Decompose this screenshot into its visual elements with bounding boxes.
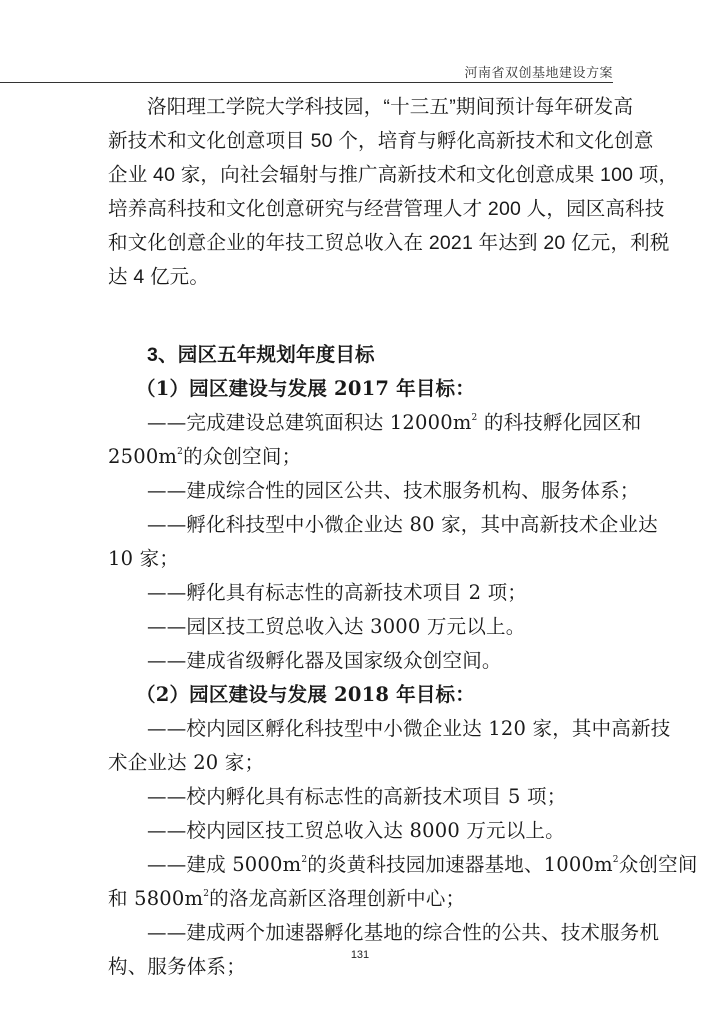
list-item-continuation: 术企业达 20 家； [108,746,606,780]
paragraph-line: 洛阳理工学院大学科技园，“十三五”期间预计每年研发高 [108,90,606,124]
list-item: ——建成 5000m2的炎黄科技园加速器基地、1000m2众创空间 [108,848,606,882]
list-item-continuation: 10 家； [108,542,606,576]
list-item: ——建成综合性的园区公共、技术服务机构、服务体系； [108,474,606,508]
list-item: ——园区技工贸总收入达 3000 万元以上。 [108,610,606,644]
paragraph-line: 和文化创意企业的年技工贸总收入在 2021 年达到 20 亿元，利税 [108,226,606,260]
paragraph-line: 培养高科技和文化创意研究与经营管理人才 200 人，园区高科技 [108,192,606,226]
list-item: ——孵化具有标志性的高新技术项目 2 项； [108,576,606,610]
section-heading: 3、园区五年规划年度目标 [108,338,606,372]
page-number: 131 [0,949,720,961]
subsection-heading-2018: （2）园区建设与发展 2018 年目标： [108,678,606,712]
list-item: ——校内孵化具有标志性的高新技术项目 5 项； [108,780,606,814]
intro-paragraph: 洛阳理工学院大学科技园，“十三五”期间预计每年研发高 新技术和文化创意项目 50… [108,90,606,294]
list-item: ——完成建设总建筑面积达 12000m2 的科技孵化园区和 [108,406,606,440]
running-header: 河南省双创基地建设方案 [0,60,613,83]
list-item: ——孵化科技型中小微企业达 80 家，其中高新技术企业达 [108,508,606,542]
list-item: ——校内园区孵化科技型中小微企业达 120 家，其中高新技 [108,712,606,746]
paragraph-line: 达 4 亿元。 [108,260,606,294]
list-item: ——建成省级孵化器及国家级众创空间。 [108,644,606,678]
list-item: ——校内园区技工贸总收入达 8000 万元以上。 [108,814,606,848]
paragraph-line: 新技术和文化创意项目 50 个，培育与孵化高新技术和文化创意 [108,124,606,158]
list-item: ——建成两个加速器孵化基地的综合性的公共、技术服务机 [108,916,606,950]
list-item-continuation: 2500m2的众创空间； [108,440,606,474]
goals-2017-list: ——完成建设总建筑面积达 12000m2 的科技孵化园区和 2500m2的众创空… [108,406,606,678]
goals-2018-list: ——校内园区孵化科技型中小微企业达 120 家，其中高新技 术企业达 20 家；… [108,712,606,984]
list-item-continuation: 和 5800m2的洛龙高新区洛理创新中心； [108,882,606,916]
document-body: 洛阳理工学院大学科技园，“十三五”期间预计每年研发高 新技术和文化创意项目 50… [108,90,606,984]
subsection-heading-2017: （1）园区建设与发展 2017 年目标： [108,372,606,406]
paragraph-line: 企业 40 家，向社会辐射与推广高新技术和文化创意成果 100 项， [108,158,606,192]
header-title: 河南省双创基地建设方案 [464,62,613,81]
